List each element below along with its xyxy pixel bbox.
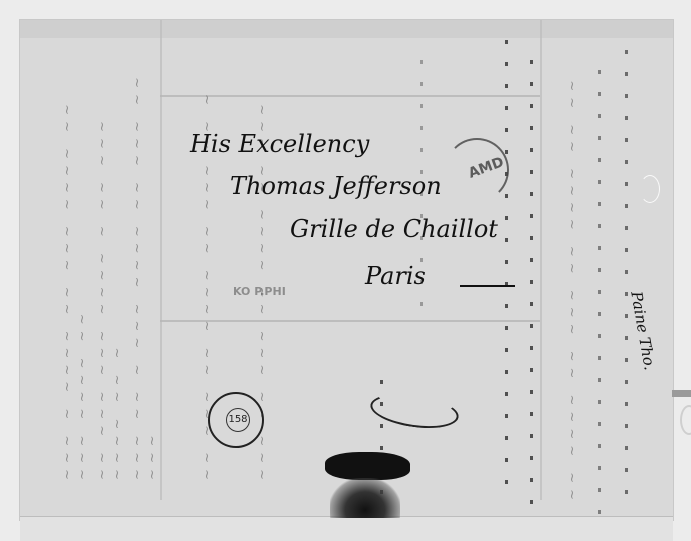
wax-seal [325, 452, 410, 480]
address-line-2: Thomas Jefferson [230, 172, 442, 200]
address-line-3: Grille de Chaillot [290, 215, 498, 243]
address-underline [460, 285, 515, 287]
fold-line-middle [160, 320, 540, 322]
address-line-1: His Excellency [190, 130, 369, 158]
faded-text-column: ~~ ~~~~ ~~ ~~~ ~~ ~~~~ ~~ ~~ [565, 60, 580, 500]
faded-text-column: ~~~ ~ ~~~~ ~~ ~~~ ~~~~ ~~ ~~~ ~~~~ ~~ [60, 40, 90, 480]
bleed-through-ink [530, 60, 533, 520]
top-edge-strip [20, 20, 673, 38]
address-line-4: Paris [365, 262, 426, 290]
bleed-through-ink [505, 40, 508, 500]
wax-seal-stain [330, 478, 400, 518]
fold-line-left [160, 20, 162, 500]
faded-text-column: ~~~ ~~ ~ ~~~ ~~~~ ~~ ~~~ ~~ ~~~ [130, 40, 160, 480]
circular-postmark-number: 158 [226, 408, 250, 432]
circular-postmark: 158 [208, 392, 264, 448]
bottom-margin [20, 516, 673, 541]
page-ring [680, 405, 691, 435]
fold-line-top [160, 95, 540, 97]
boxed-postmark-text: KO P.PHI [233, 285, 286, 298]
page-tab [672, 390, 691, 397]
fold-line-right [540, 20, 542, 500]
scan-artifact [640, 175, 660, 203]
faded-text-column: ~~ ~~~ ~~~ ~~~~ ~ ~~ ~~~ ~~~~ ~~ ~ [95, 60, 125, 480]
bleed-through-ink [598, 70, 601, 530]
bleed-through-ink [625, 50, 628, 510]
